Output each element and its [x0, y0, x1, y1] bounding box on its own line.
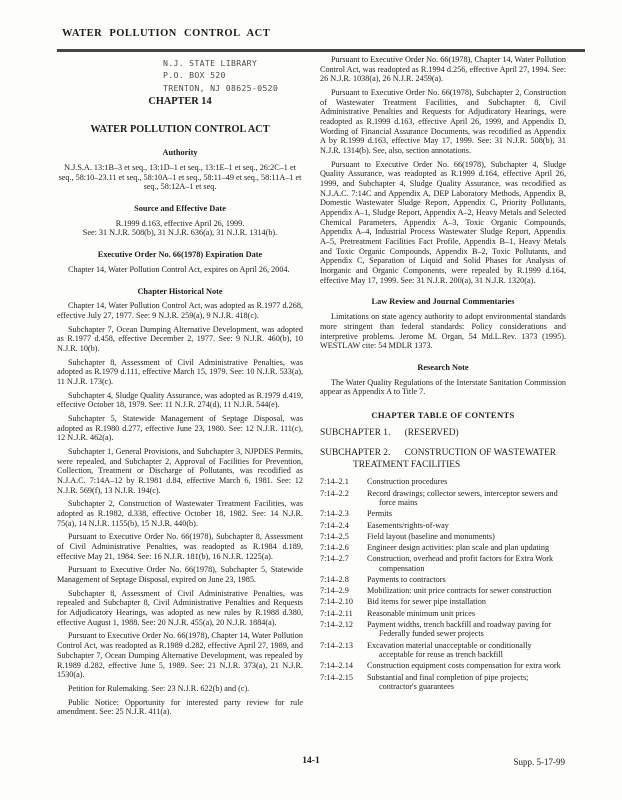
toc-list: 7:14–2.1 Construction procedures 7:14–2.… — [320, 477, 566, 691]
toc-entry: 7:14–2.6 Engineer design activities: pla… — [320, 543, 566, 553]
toc-entry: 7:14–2.5 Field layout (baseline and monu… — [320, 532, 566, 542]
chapter-heading: CHAPTER 14 — [57, 96, 303, 108]
toc-entry-number: 7:14–2.3 — [320, 509, 367, 519]
toc-entry-number: 7:14–2.13 — [320, 641, 367, 660]
toc-subchapter-1: SUBCHAPTER 1. (RESERVED) — [320, 428, 566, 440]
toc-entry-title: Payments to contractors — [367, 575, 566, 585]
law-review-heading: Law Review and Journal Commentaries — [320, 297, 566, 307]
historical-paragraph: Subchapter 1, General Provisions, and Su… — [57, 447, 303, 495]
subchapter-1-title: (RESERVED) — [405, 428, 459, 438]
toc-heading: CHAPTER TABLE OF CONTENTS — [320, 410, 566, 420]
toc-entry: 7:14–2.15 Substantial and final completi… — [320, 673, 566, 692]
toc-entry-title: Reasonable minimum unit prices — [367, 609, 566, 619]
historical-paragraph: Petition for Rulemaking. See: 23 N.J.R. … — [57, 684, 303, 694]
toc-entry: 7:14–2.11 Reasonable minimum unit prices — [320, 609, 566, 619]
header-rule — [57, 49, 585, 52]
authority-text: N.J.S.A. 13:1B–3 et seq., 13:1D–1 et seq… — [57, 163, 303, 192]
toc-entry-title: Engineer design activities: plan scale a… — [367, 543, 566, 553]
historical-paragraph: Subchapter 2, Construction of Wastewater… — [57, 499, 303, 528]
toc-entry: 7:14–2.8 Payments to contractors — [320, 575, 566, 585]
toc-entry-title: Substantial and final completion of pipe… — [367, 673, 566, 692]
chapter-title: WATER POLLUTION CONTROL ACT — [57, 124, 303, 136]
readoption-paragraph: Pursuant to Executive Order No. 66(1978)… — [320, 55, 566, 84]
footer-supplement: Supp. 5-17-99 — [514, 757, 566, 767]
source-line-2: See: 31 N.J.R. 508(b), 31 N.J.R. 636(a),… — [57, 228, 303, 238]
toc-entry: 7:14–2.3 Permits — [320, 509, 566, 519]
toc-entry-number: 7:14–2.10 — [320, 597, 367, 607]
historical-paragraph: Subchapter 4, Sludge Quality Assurance, … — [57, 391, 303, 410]
library-stamp: N.J. STATE LIBRARYP.O. BOX 520TRENTON, N… — [163, 57, 303, 94]
subchapter-1-label: SUBCHAPTER 1. — [320, 428, 390, 438]
toc-entry-number: 7:14–2.15 — [320, 673, 367, 692]
toc-entry: 7:14–2.14 Construction equipment costs c… — [320, 661, 566, 671]
historical-paragraph: Subchapter 8, Assessment of Civil Admini… — [57, 358, 303, 387]
toc-entry-number: 7:14–2.11 — [320, 609, 367, 619]
toc-entry-number: 7:14–2.9 — [320, 586, 367, 596]
left-column: N.J. STATE LIBRARYP.O. BOX 520TRENTON, N… — [57, 55, 303, 717]
toc-entry-number: 7:14–2.1 — [320, 477, 367, 487]
source-heading: Source and Effective Date — [57, 204, 303, 214]
toc-entry: 7:14–2.4 Easements/rights-of-way — [320, 521, 566, 531]
toc-entry-title: Construction, overhead and profit factor… — [367, 554, 566, 573]
source-line-1: R.1999 d.163, effective April 26, 1999. — [57, 219, 303, 229]
toc-entry-title: Payment widths, trench backfill and road… — [367, 620, 566, 639]
toc-entry: 7:14–2.7 Construction, overhead and prof… — [320, 554, 566, 573]
toc-entry: 7:14–2.1 Construction procedures — [320, 477, 566, 487]
historical-note-paragraphs: Chapter 14, Water Pollution Control Act,… — [57, 301, 303, 717]
historical-paragraph: Pursuant to Executive Order No. 66(1978)… — [57, 532, 303, 561]
toc-entry-number: 7:14–2.7 — [320, 554, 367, 573]
toc-entry-number: 7:14–2.12 — [320, 620, 367, 639]
historical-paragraph: Subchapter 8, Assessment of Civil Admini… — [57, 589, 303, 628]
toc-entry: 7:14–2.12 Payment widths, trench backfil… — [320, 620, 566, 639]
toc-entry: 7:14–2.13 Excavation material unacceptab… — [320, 641, 566, 660]
stamp-line: P.O. BOX 520 — [163, 69, 303, 81]
running-header: WATER POLLUTION CONTROL ACT — [62, 28, 270, 39]
toc-entry-number: 7:14–2.4 — [320, 521, 367, 531]
toc-entry: 7:14–2.9 Mobilization: unit price contra… — [320, 586, 566, 596]
authority-heading: Authority — [57, 148, 303, 158]
stamp-line: N.J. STATE LIBRARY — [163, 57, 303, 69]
toc-entry-number: 7:14–2.6 — [320, 543, 367, 553]
research-note-heading: Research Note — [320, 363, 566, 373]
historical-paragraph: Pursuant to Executive Order No. 66(1978)… — [57, 631, 303, 679]
toc-entry-number: 7:14–2.5 — [320, 532, 367, 542]
toc-entry: 7:14–2.2 Record drawings; collector sewe… — [320, 489, 566, 508]
toc-entry: 7:14–2.10 Bid items for sewer pipe insta… — [320, 597, 566, 607]
toc-entry-title: Permits — [367, 509, 566, 519]
toc-entry-number: 7:14–2.8 — [320, 575, 367, 585]
toc-subchapter-2: SUBCHAPTER 2. CONSTRUCTION OF WASTEWATER… — [320, 448, 566, 472]
readoption-paragraph: Pursuant to Executive Order No. 66(1978)… — [320, 160, 566, 286]
toc-entry-title: Field layout (baseline and monuments) — [367, 532, 566, 542]
toc-entry-title: Construction equipment costs compensatio… — [367, 661, 566, 671]
two-column-body: N.J. STATE LIBRARYP.O. BOX 520TRENTON, N… — [57, 55, 566, 717]
historical-paragraph: Chapter 14, Water Pollution Control Act,… — [57, 301, 303, 320]
toc-entry-title: Excavation material unacceptable or cond… — [367, 641, 566, 660]
historical-paragraph: Subchapter 5, Statewide Management of Se… — [57, 414, 303, 443]
readoption-paragraph: Pursuant to Executive Order No. 66(1978)… — [320, 88, 566, 156]
readoption-paragraphs: Pursuant to Executive Order No. 66(1978)… — [320, 55, 566, 285]
toc-entry-title: Record drawings; collector sewers, inter… — [367, 489, 566, 508]
toc-entry-number: 7:14–2.2 — [320, 489, 367, 508]
toc-entry-title: Easements/rights-of-way — [367, 521, 566, 531]
document-page: WATER POLLUTION CONTROL ACT N.J. STATE L… — [0, 0, 622, 800]
subchapter-2-label: SUBCHAPTER 2. — [320, 448, 390, 458]
historical-note-heading: Chapter Historical Note — [57, 287, 303, 297]
law-review-text: Limitations on state agency authority to… — [320, 312, 566, 351]
research-note-text: The Water Quality Regulations of the Int… — [320, 378, 566, 397]
toc-entry-title: Construction procedures — [367, 477, 566, 487]
right-column: Pursuant to Executive Order No. 66(1978)… — [320, 55, 566, 717]
toc-entry-number: 7:14–2.14 — [320, 661, 367, 671]
expiration-heading: Executive Order No. 66(1978) Expiration … — [57, 250, 303, 260]
historical-paragraph: Subchapter 7, Ocean Dumping Alternative … — [57, 325, 303, 354]
toc-entry-title: Mobilization: unit price contracts for s… — [367, 586, 566, 596]
historical-paragraph: Public Notice: Opportunity for intereste… — [57, 698, 303, 717]
running-header-title: WATER POLLUTION CONTROL ACT — [62, 28, 270, 39]
expiration-text: Chapter 14, Water Pollution Control Act,… — [57, 265, 303, 275]
historical-paragraph: Pursuant to Executive Order No. 66(1978)… — [57, 565, 303, 584]
toc-entry-title: Bid items for sewer pipe installation — [367, 597, 566, 607]
stamp-line: TRENTON, NJ 08625-0520 — [163, 82, 303, 94]
